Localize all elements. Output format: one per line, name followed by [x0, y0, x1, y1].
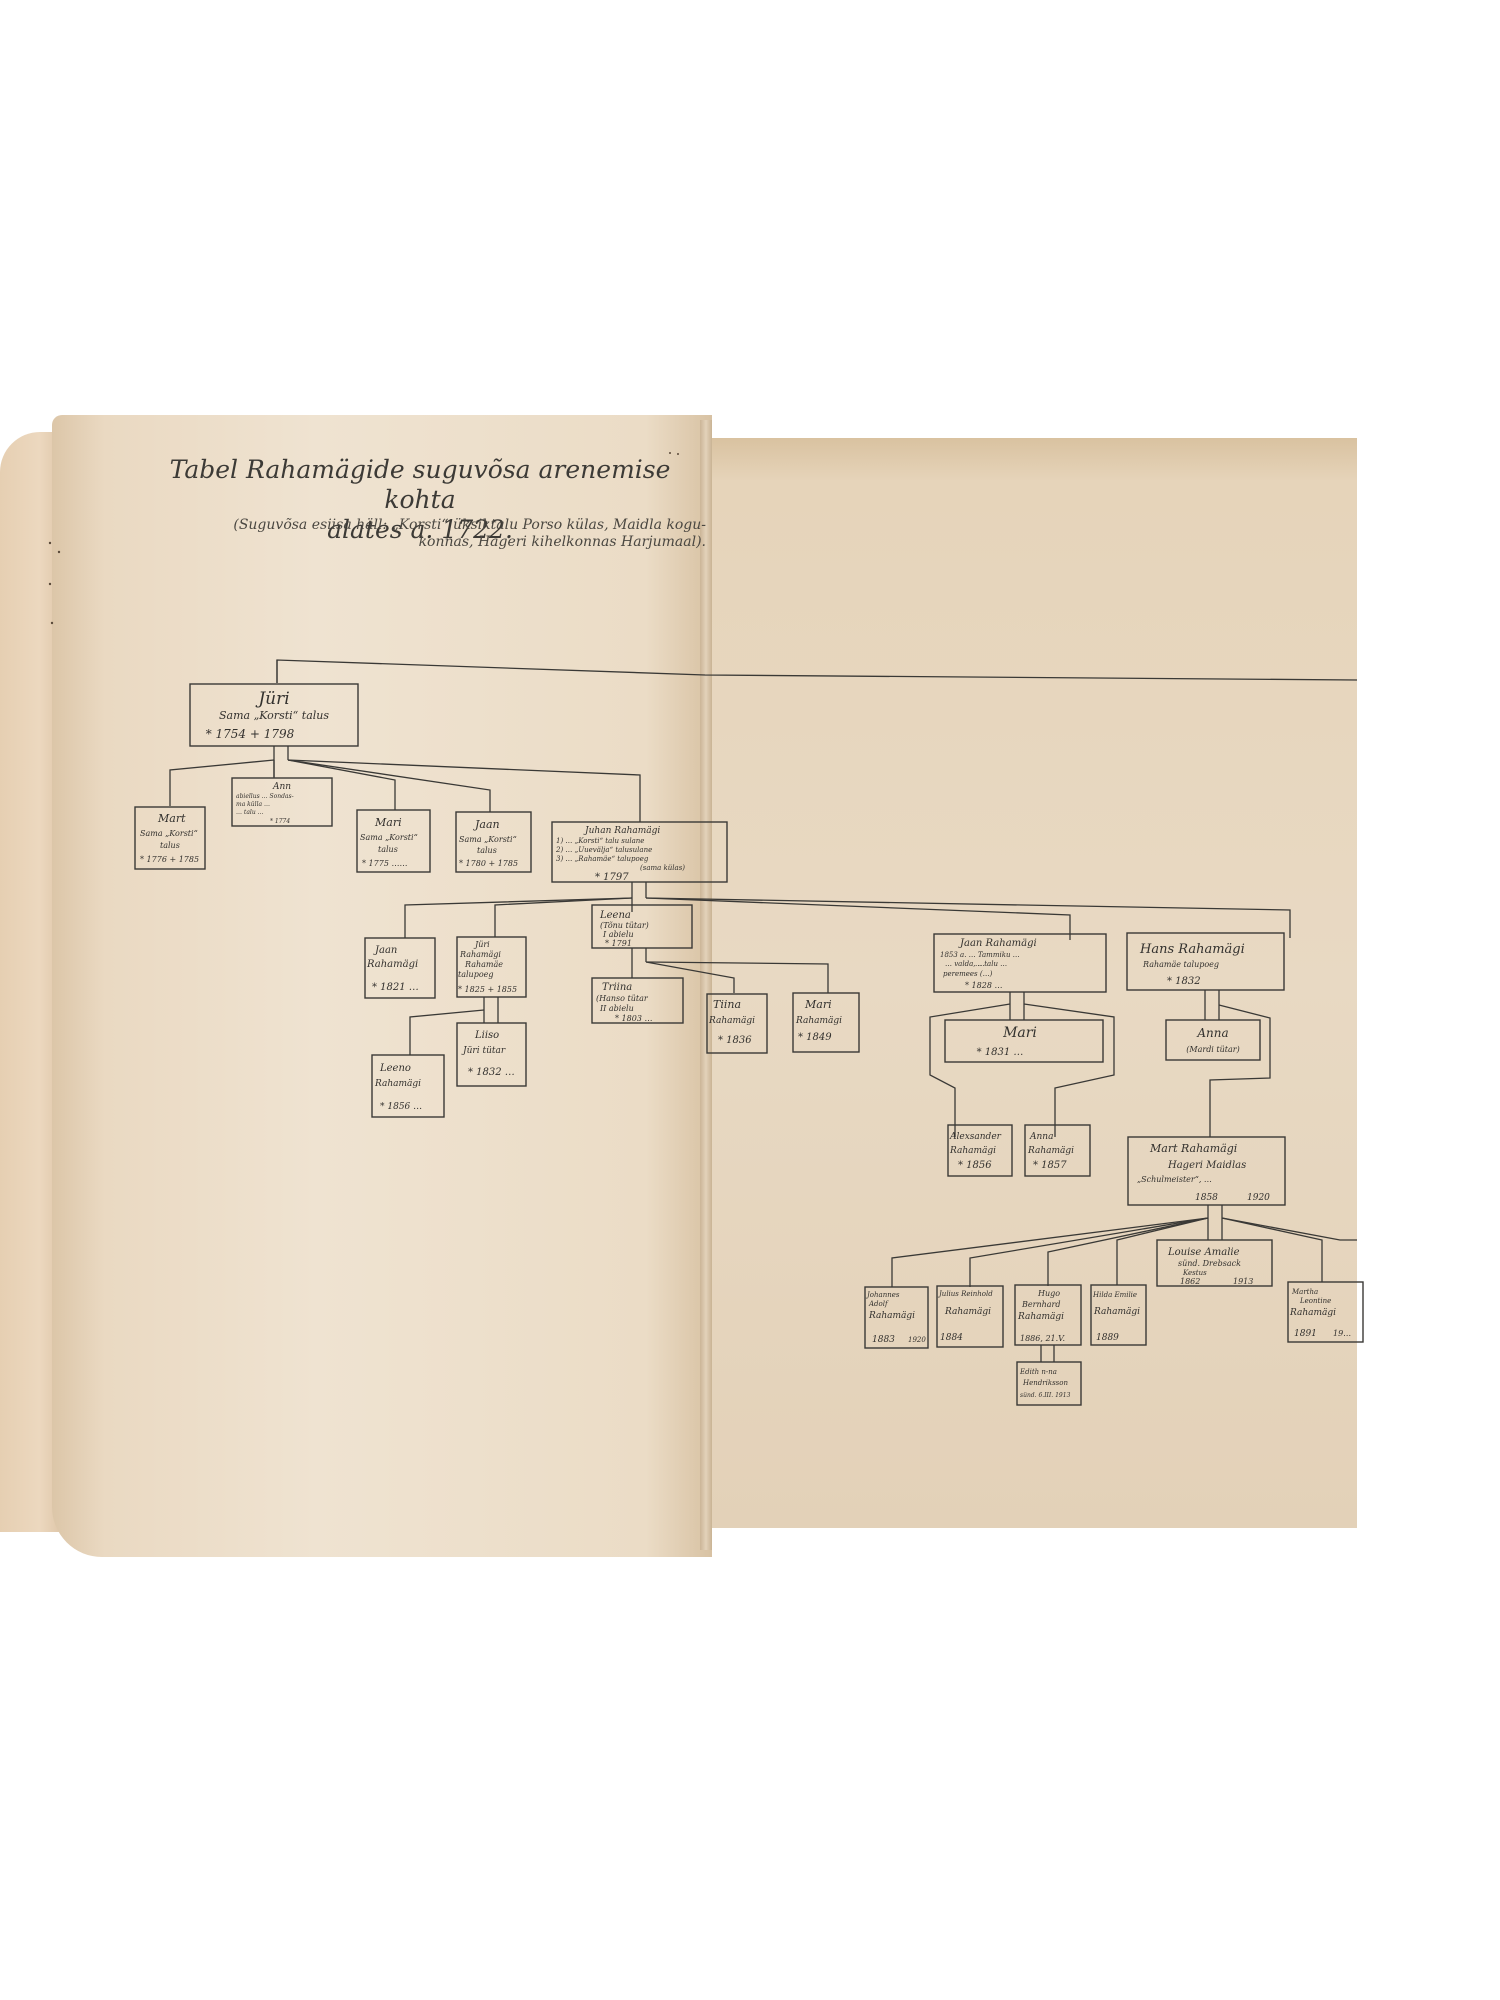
tree-node-anna-mardi-tutar: Anna (Mardi tütar)	[1166, 1020, 1260, 1060]
page-mark	[49, 583, 51, 585]
svg-text:* 1828 …: * 1828 …	[965, 981, 1002, 990]
svg-text:Rahamägi: Rahamägi	[944, 1307, 991, 1317]
svg-text:Liiso: Liiso	[474, 1030, 499, 1041]
svg-text:Jüri: Jüri	[255, 689, 289, 709]
svg-text:2) … „Uuevälja“ talusulane: 2) … „Uuevälja“ talusulane	[555, 846, 652, 854]
tree-node-edith: Edith n-na Hendriksson sünd. 6.III. 1913	[1017, 1362, 1081, 1405]
svg-text:Julius Reinhold: Julius Reinhold	[937, 1290, 993, 1298]
svg-text:* 1774: * 1774	[270, 818, 290, 825]
page-mark	[669, 452, 671, 454]
svg-text:Leontine: Leontine	[1299, 1297, 1331, 1305]
svg-text:Mari: Mari	[804, 998, 832, 1011]
svg-text:1913: 1913	[1233, 1277, 1253, 1286]
svg-text:Rahamäe talupoeg: Rahamäe talupoeg	[1142, 960, 1219, 969]
svg-text:Rahamägi: Rahamägi	[949, 1146, 996, 1156]
tree-node-jaan-rahamagi-1828: Jaan Rahamägi 1853 a. … Tammiku … … vald…	[934, 934, 1106, 992]
tree-node-triina: Triina (Hanso tütar II abielu * 1803 …	[592, 978, 683, 1023]
svg-text:ma külla …: ma külla …	[236, 801, 270, 808]
page-mark	[58, 551, 60, 553]
svg-text:* 1776 + 1785: * 1776 + 1785	[140, 855, 199, 864]
svg-text:Jaan: Jaan	[373, 945, 397, 956]
tree-node-jaan-rahamagi-1821: Jaan Rahamägi * 1821 …	[365, 938, 435, 998]
svg-text:peremees (…): peremees (…)	[943, 970, 993, 978]
svg-text:Sama „Korsti“ talus: Sama „Korsti“ talus	[219, 709, 329, 722]
svg-text:Leeno: Leeno	[379, 1063, 411, 1074]
tree-top-line	[277, 660, 1357, 683]
svg-text:Johannes: Johannes	[865, 1291, 900, 1299]
svg-text:„Schulmeister“, …: „Schulmeister“, …	[1137, 1175, 1212, 1184]
tree-node-leeno-rahamagi: Leeno Rahamägi * 1856 …	[372, 1055, 444, 1117]
svg-text:I abielu: I abielu	[602, 930, 634, 939]
svg-text:* 1797: * 1797	[595, 872, 629, 883]
svg-text:1920: 1920	[1247, 1193, 1270, 1203]
svg-text:* 1849: * 1849	[798, 1032, 832, 1043]
svg-text:Hilda Emilie: Hilda Emilie	[1092, 1291, 1137, 1299]
svg-text:1891: 1891	[1294, 1329, 1317, 1339]
page-mark	[677, 453, 679, 455]
svg-text:Alexsander: Alexsander	[949, 1132, 1002, 1142]
svg-text:sünd. Drebsack: sünd. Drebsack	[1178, 1259, 1241, 1268]
tree-node-ann: Ann abiellus … Sondas- ma külla … … talu…	[232, 778, 332, 826]
tree-node-liiso: Liiso Jüri tütar * 1832 …	[457, 1023, 526, 1086]
svg-text:1858: 1858	[1195, 1193, 1218, 1203]
svg-text:Martha: Martha	[1291, 1288, 1318, 1296]
svg-text:… talu …: … talu …	[975, 960, 1007, 968]
svg-text:* 1856 …: * 1856 …	[380, 1102, 422, 1112]
svg-text:Sama „Korsti“: Sama „Korsti“	[140, 829, 198, 838]
svg-text:(Tõnu tütar): (Tõnu tütar)	[600, 921, 649, 930]
svg-text:… talu …: … talu …	[236, 809, 264, 816]
svg-text:* 1832: * 1832	[1167, 976, 1201, 987]
svg-text:Jüri tütar: Jüri tütar	[461, 1046, 506, 1056]
tree-node-mart: Mart Sama „Korsti“ talus * 1776 + 1785	[135, 807, 205, 869]
svg-text:talus: talus	[477, 846, 497, 855]
svg-text:1862: 1862	[1180, 1277, 1200, 1286]
tree-node-root-juri: Jüri Sama „Korsti“ talus * 1754 + 1798	[190, 684, 358, 746]
svg-text:Bernhard: Bernhard	[1021, 1300, 1060, 1309]
svg-text:Mari: Mari	[1002, 1025, 1037, 1041]
svg-text:Rahamäe: Rahamäe	[464, 960, 503, 969]
svg-text:Rahamägi: Rahamägi	[1017, 1312, 1064, 1322]
svg-text:Rahamägi: Rahamägi	[868, 1311, 915, 1321]
tree-node-jaan: Jaan Sama „Korsti“ talus * 1780 + 1785	[456, 812, 531, 872]
svg-text:3) … „Rahamäe“ talupoeg: 3) … „Rahamäe“ talupoeg	[556, 855, 649, 863]
page-mark	[49, 542, 51, 544]
svg-text:II abielu: II abielu	[599, 1004, 634, 1013]
svg-text:* 1836: * 1836	[718, 1035, 752, 1046]
svg-text:Tiina: Tiina	[713, 998, 741, 1011]
svg-text:Hageri Maidlas: Hageri Maidlas	[1167, 1160, 1246, 1171]
tree-node-louise-amalie: Louise Amalie sünd. Drebsack Kestus 1862…	[1157, 1240, 1272, 1286]
svg-text:Leena: Leena	[599, 910, 631, 921]
tree-node-mari-rahamagi: Mari Rahamägi * 1849	[793, 993, 859, 1052]
svg-text:Rahamägi: Rahamägi	[708, 1016, 755, 1026]
svg-text:Ann: Ann	[272, 782, 291, 792]
svg-text:* 1780 + 1785: * 1780 + 1785	[459, 859, 518, 868]
svg-text:* 1856: * 1856	[958, 1160, 992, 1171]
svg-text:(Mardi tütar): (Mardi tütar)	[1186, 1045, 1239, 1054]
svg-text:Kestus: Kestus	[1182, 1269, 1207, 1277]
svg-text:Anna: Anna	[1196, 1026, 1228, 1040]
tree-node-juri-rahamagi-1825: Jüri Rahamägi Rahamäe talupoeg * 1825 + …	[457, 937, 526, 997]
tree-node-juhan-rahamagi: Juhan Rahamägi 1) … „Korsti“ talu sulane…	[552, 822, 727, 883]
svg-text:* 1821 …: * 1821 …	[372, 982, 419, 993]
svg-text:1853 a. … Tammiku …: 1853 a. … Tammiku …	[940, 951, 1020, 959]
svg-text:* 1775 ……: * 1775 ……	[362, 859, 407, 868]
svg-text:* 1791: * 1791	[605, 939, 632, 948]
svg-text:(sama külas): (sama külas)	[640, 864, 685, 872]
svg-text:talus: talus	[160, 841, 180, 850]
svg-text:1883: 1883	[872, 1335, 895, 1345]
tree-node-mari: Mari Sama „Korsti“ talus * 1775 ……	[357, 810, 430, 872]
svg-text:* 1857: * 1857	[1033, 1160, 1067, 1171]
tree-node-tiina-rahamagi: Tiina Rahamägi * 1836	[707, 994, 767, 1053]
tree-node-leena: Leena (Tõnu tütar) I abielu * 1791	[592, 905, 692, 948]
page-mark	[51, 622, 53, 624]
svg-text:Louise Amalie: Louise Amalie	[1167, 1247, 1240, 1258]
svg-text:Mari: Mari	[374, 816, 402, 829]
svg-text:(Hanso tütar: (Hanso tütar	[596, 994, 649, 1003]
tree-node-hugo-bernhard-rahamagi: Hugo Bernhard Rahamägi 1886, 21.V.	[1015, 1285, 1081, 1345]
svg-text:1) … „Korsti“ talu sulane: 1) … „Korsti“ talu sulane	[556, 837, 644, 845]
svg-text:* 1803 …: * 1803 …	[615, 1014, 652, 1023]
tree-node-johannes-adolf-rahamagi: Johannes Adolf Rahamägi 1883 1920	[865, 1287, 928, 1348]
svg-text:Edith n-na: Edith n-na	[1019, 1368, 1057, 1376]
svg-text:Triina: Triina	[602, 982, 632, 993]
svg-text:Adolf: Adolf	[868, 1300, 889, 1308]
svg-text:Mart Rahamägi: Mart Rahamägi	[1149, 1142, 1237, 1155]
svg-text:Hans Rahamägi: Hans Rahamägi	[1139, 942, 1245, 957]
svg-text:Rahamägi: Rahamägi	[366, 959, 418, 970]
svg-text:Rahamägi: Rahamägi	[795, 1016, 842, 1026]
svg-text:1886, 21.V.: 1886, 21.V.	[1020, 1334, 1065, 1343]
tree-node-hans-rahamagi: Hans Rahamägi Rahamäe talupoeg * 1832	[1127, 933, 1284, 990]
svg-text:Jaan: Jaan	[473, 818, 500, 831]
tree-node-mart-rahamagi: Mart Rahamägi Hageri Maidlas „Schulmeist…	[1128, 1137, 1285, 1205]
tree-node-martha-leontine-rahamagi: Martha Leontine Rahamägi 1891 19…	[1288, 1282, 1363, 1342]
svg-text:talupoeg: talupoeg	[458, 970, 494, 979]
svg-text:* 1754 + 1798: * 1754 + 1798	[206, 727, 295, 741]
svg-text:abiellus … Sondas-: abiellus … Sondas-	[236, 793, 294, 800]
svg-text:Rahamägi: Rahamägi	[1093, 1307, 1140, 1317]
svg-text:Rahamägi: Rahamägi	[1027, 1146, 1074, 1156]
svg-text:Sama „Korsti“: Sama „Korsti“	[360, 833, 418, 842]
svg-text:Mart: Mart	[157, 812, 186, 825]
tree-node-julius-reinhold-rahamagi: Julius Reinhold Rahamägi 1884	[937, 1286, 1003, 1347]
svg-text:* 1832 …: * 1832 …	[468, 1067, 515, 1078]
svg-text:* 1831 …: * 1831 …	[977, 1047, 1024, 1058]
svg-text:Rahamägi: Rahamägi	[1289, 1308, 1336, 1318]
svg-text:Rahamägi: Rahamägi	[374, 1079, 421, 1089]
tree-node-alexsander-rahamagi: Alexsander Rahamägi * 1856	[948, 1125, 1012, 1176]
svg-text:Hendriksson: Hendriksson	[1022, 1379, 1068, 1387]
tree-node-mari-1831: Mari * 1831 …	[945, 1020, 1103, 1062]
svg-text:19…: 19…	[1333, 1329, 1351, 1338]
svg-text:* 1825 + 1855: * 1825 + 1855	[458, 985, 517, 994]
svg-text:1884: 1884	[940, 1333, 963, 1343]
family-tree-diagram: Jüri Sama „Korsti“ talus * 1754 + 1798 M…	[0, 0, 1500, 2000]
svg-text:sünd. 6.III. 1913: sünd. 6.III. 1913	[1020, 1392, 1071, 1399]
svg-text:Jüri: Jüri	[473, 940, 490, 949]
svg-text:Rahamägi: Rahamägi	[459, 950, 501, 959]
svg-text:talus: talus	[378, 845, 398, 854]
svg-text:Hugo: Hugo	[1037, 1289, 1060, 1298]
svg-text:Juhan Rahamägi: Juhan Rahamägi	[583, 826, 660, 836]
tree-node-anna-rahamagi: Anna Rahamägi * 1857	[1025, 1125, 1090, 1176]
svg-text:1889: 1889	[1096, 1333, 1119, 1343]
svg-text:Anna: Anna	[1029, 1132, 1053, 1142]
svg-text:Jaan Rahamägi: Jaan Rahamägi	[958, 938, 1037, 949]
tree-node-hilda-emilie-rahamagi: Hilda Emilie Rahamägi 1889	[1091, 1285, 1146, 1345]
svg-text:1920: 1920	[908, 1336, 926, 1344]
svg-text:Sama „Korsti“: Sama „Korsti“	[459, 835, 517, 844]
